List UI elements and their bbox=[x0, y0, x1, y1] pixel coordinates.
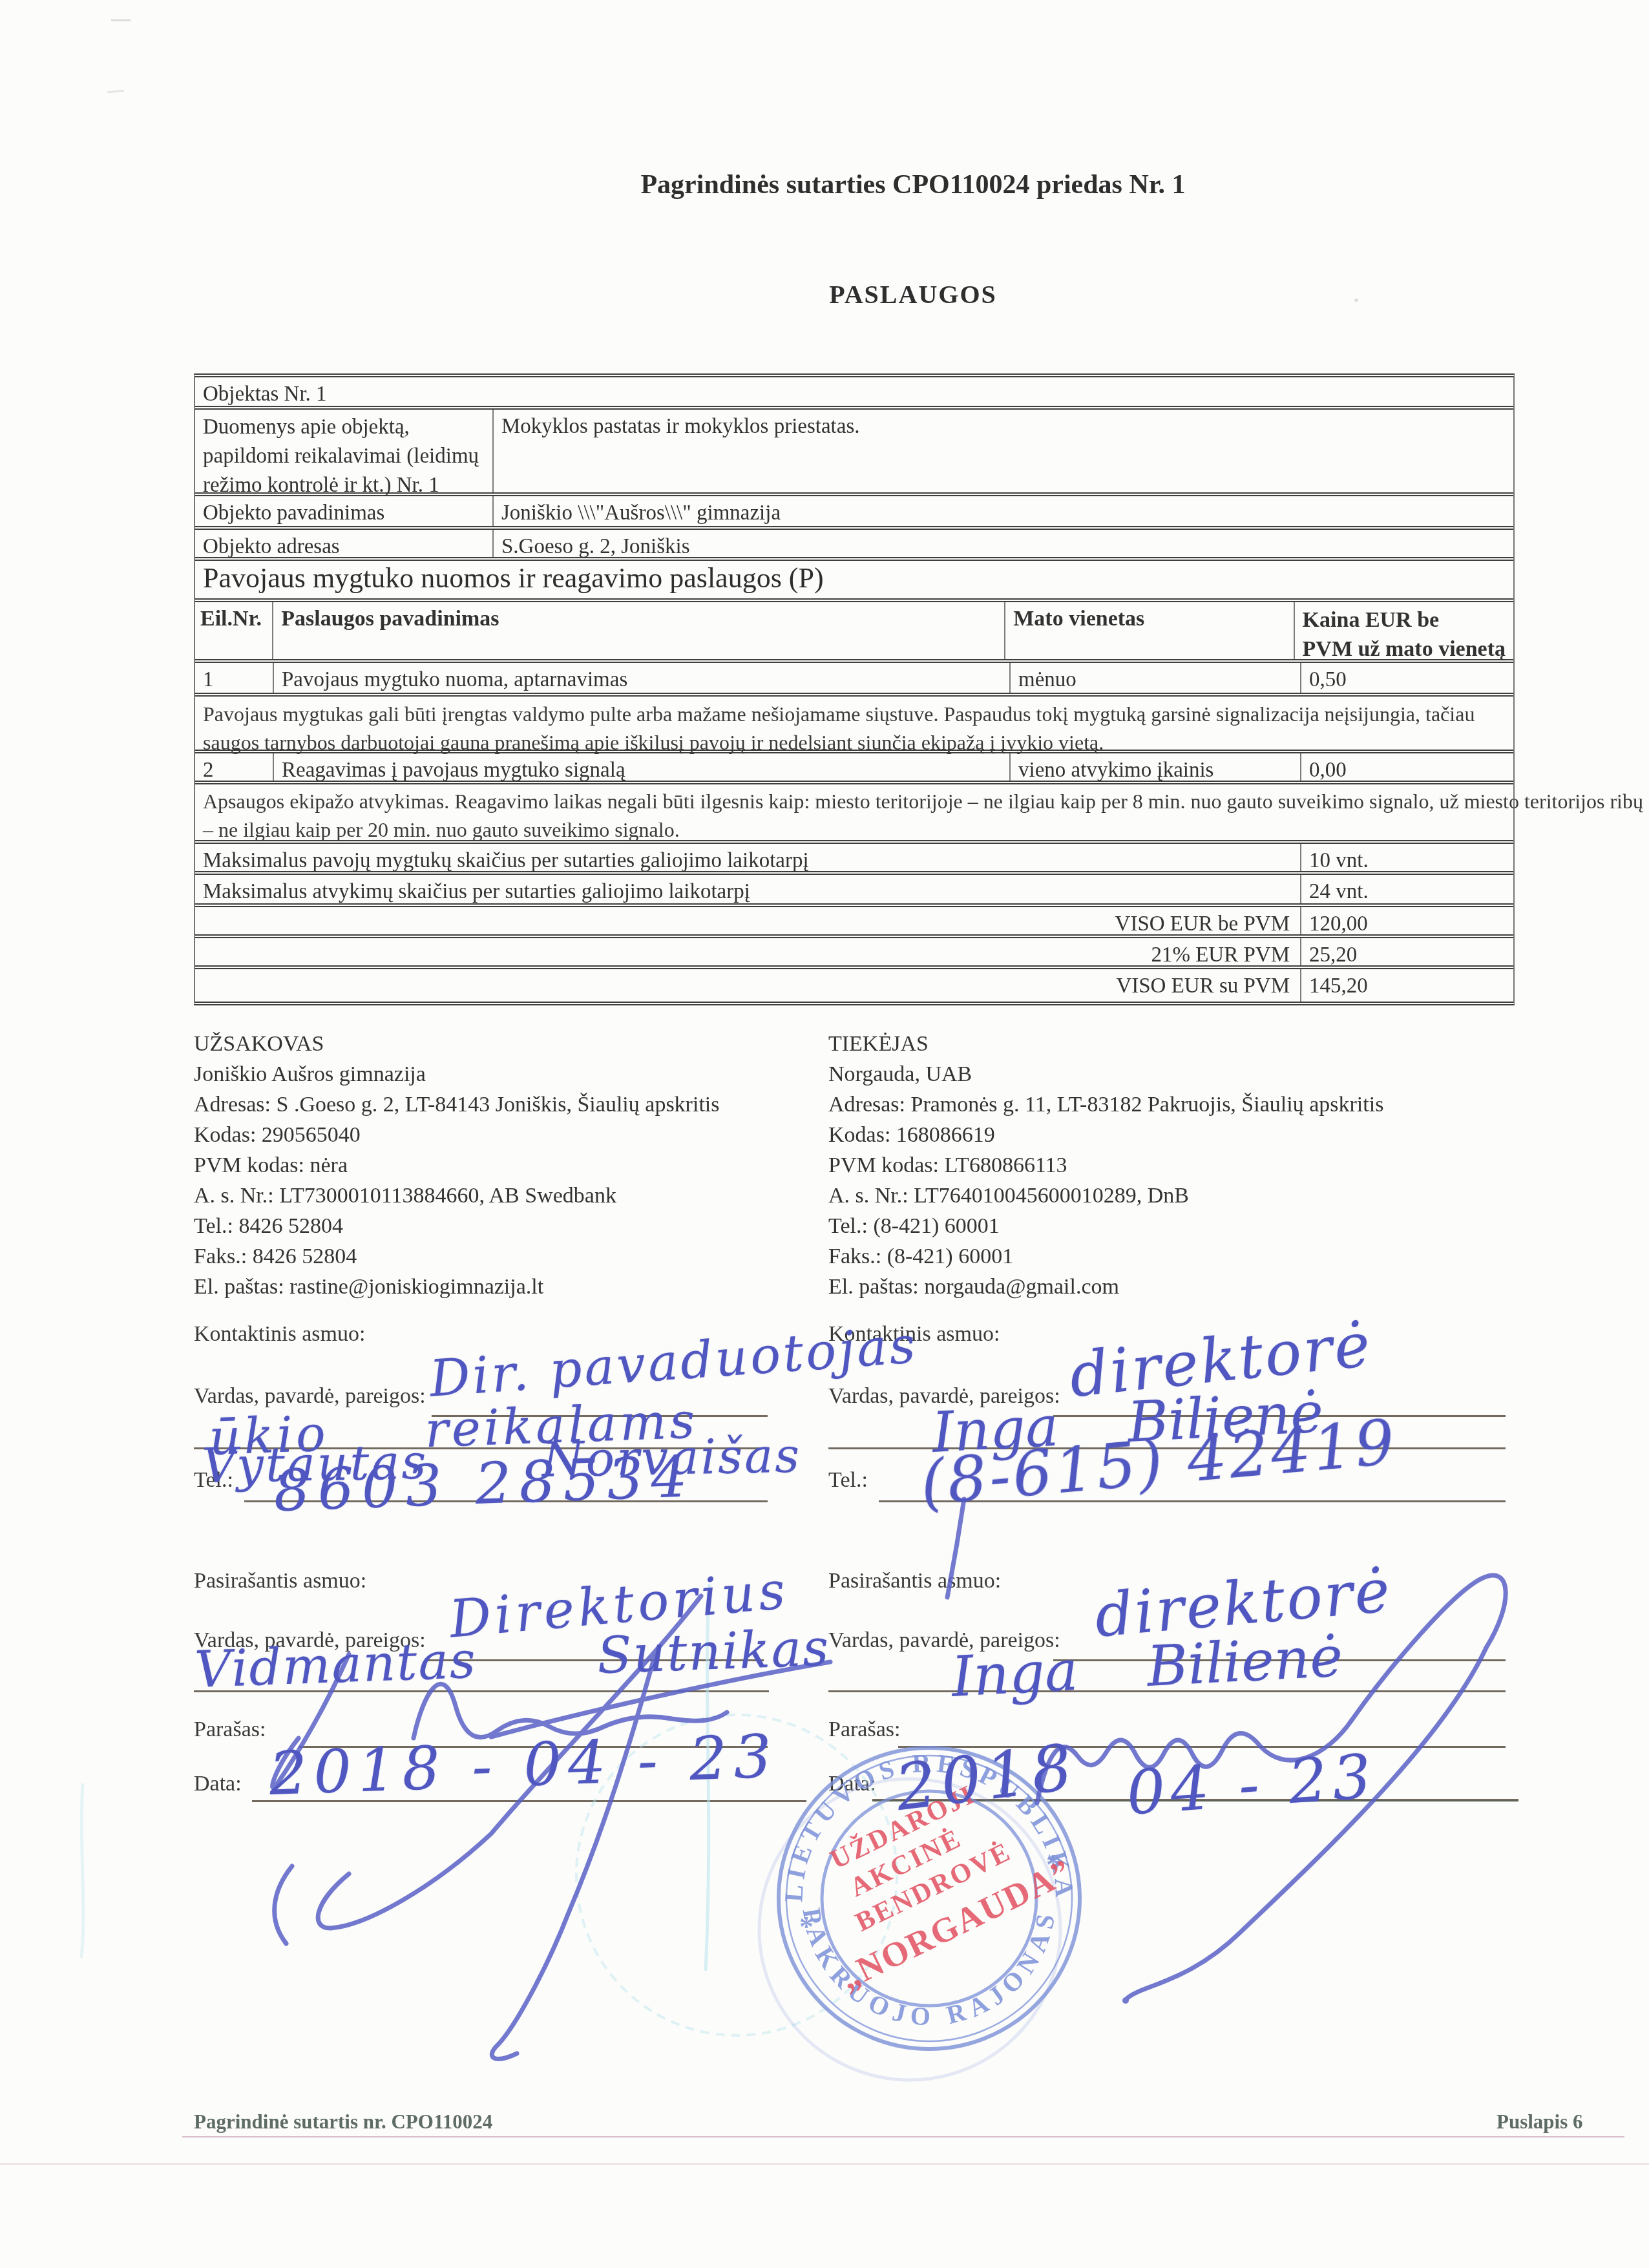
footer-divider-2 bbox=[0, 2163, 1649, 2165]
stamp-separator-left: * bbox=[799, 1911, 814, 1942]
footer-divider bbox=[182, 2136, 1624, 2137]
scanned-contract-page: Pagrindinės sutarties CPO110024 priedas … bbox=[0, 0, 1649, 2268]
footer-page-number: Puslapis 6 bbox=[1497, 2110, 1583, 2134]
pen-dot bbox=[1122, 1997, 1129, 2004]
ink-and-stamp-overlay: LIETUVOS RESPUBLIKA PAKRUOJO RAJONAS * *… bbox=[0, 0, 1649, 2268]
pen-descender-left bbox=[492, 1652, 656, 2059]
footer-contract-number: Pagrindinė sutartis nr. CPO110024 bbox=[194, 2110, 492, 2134]
pen-paren-mark bbox=[275, 1866, 292, 1944]
